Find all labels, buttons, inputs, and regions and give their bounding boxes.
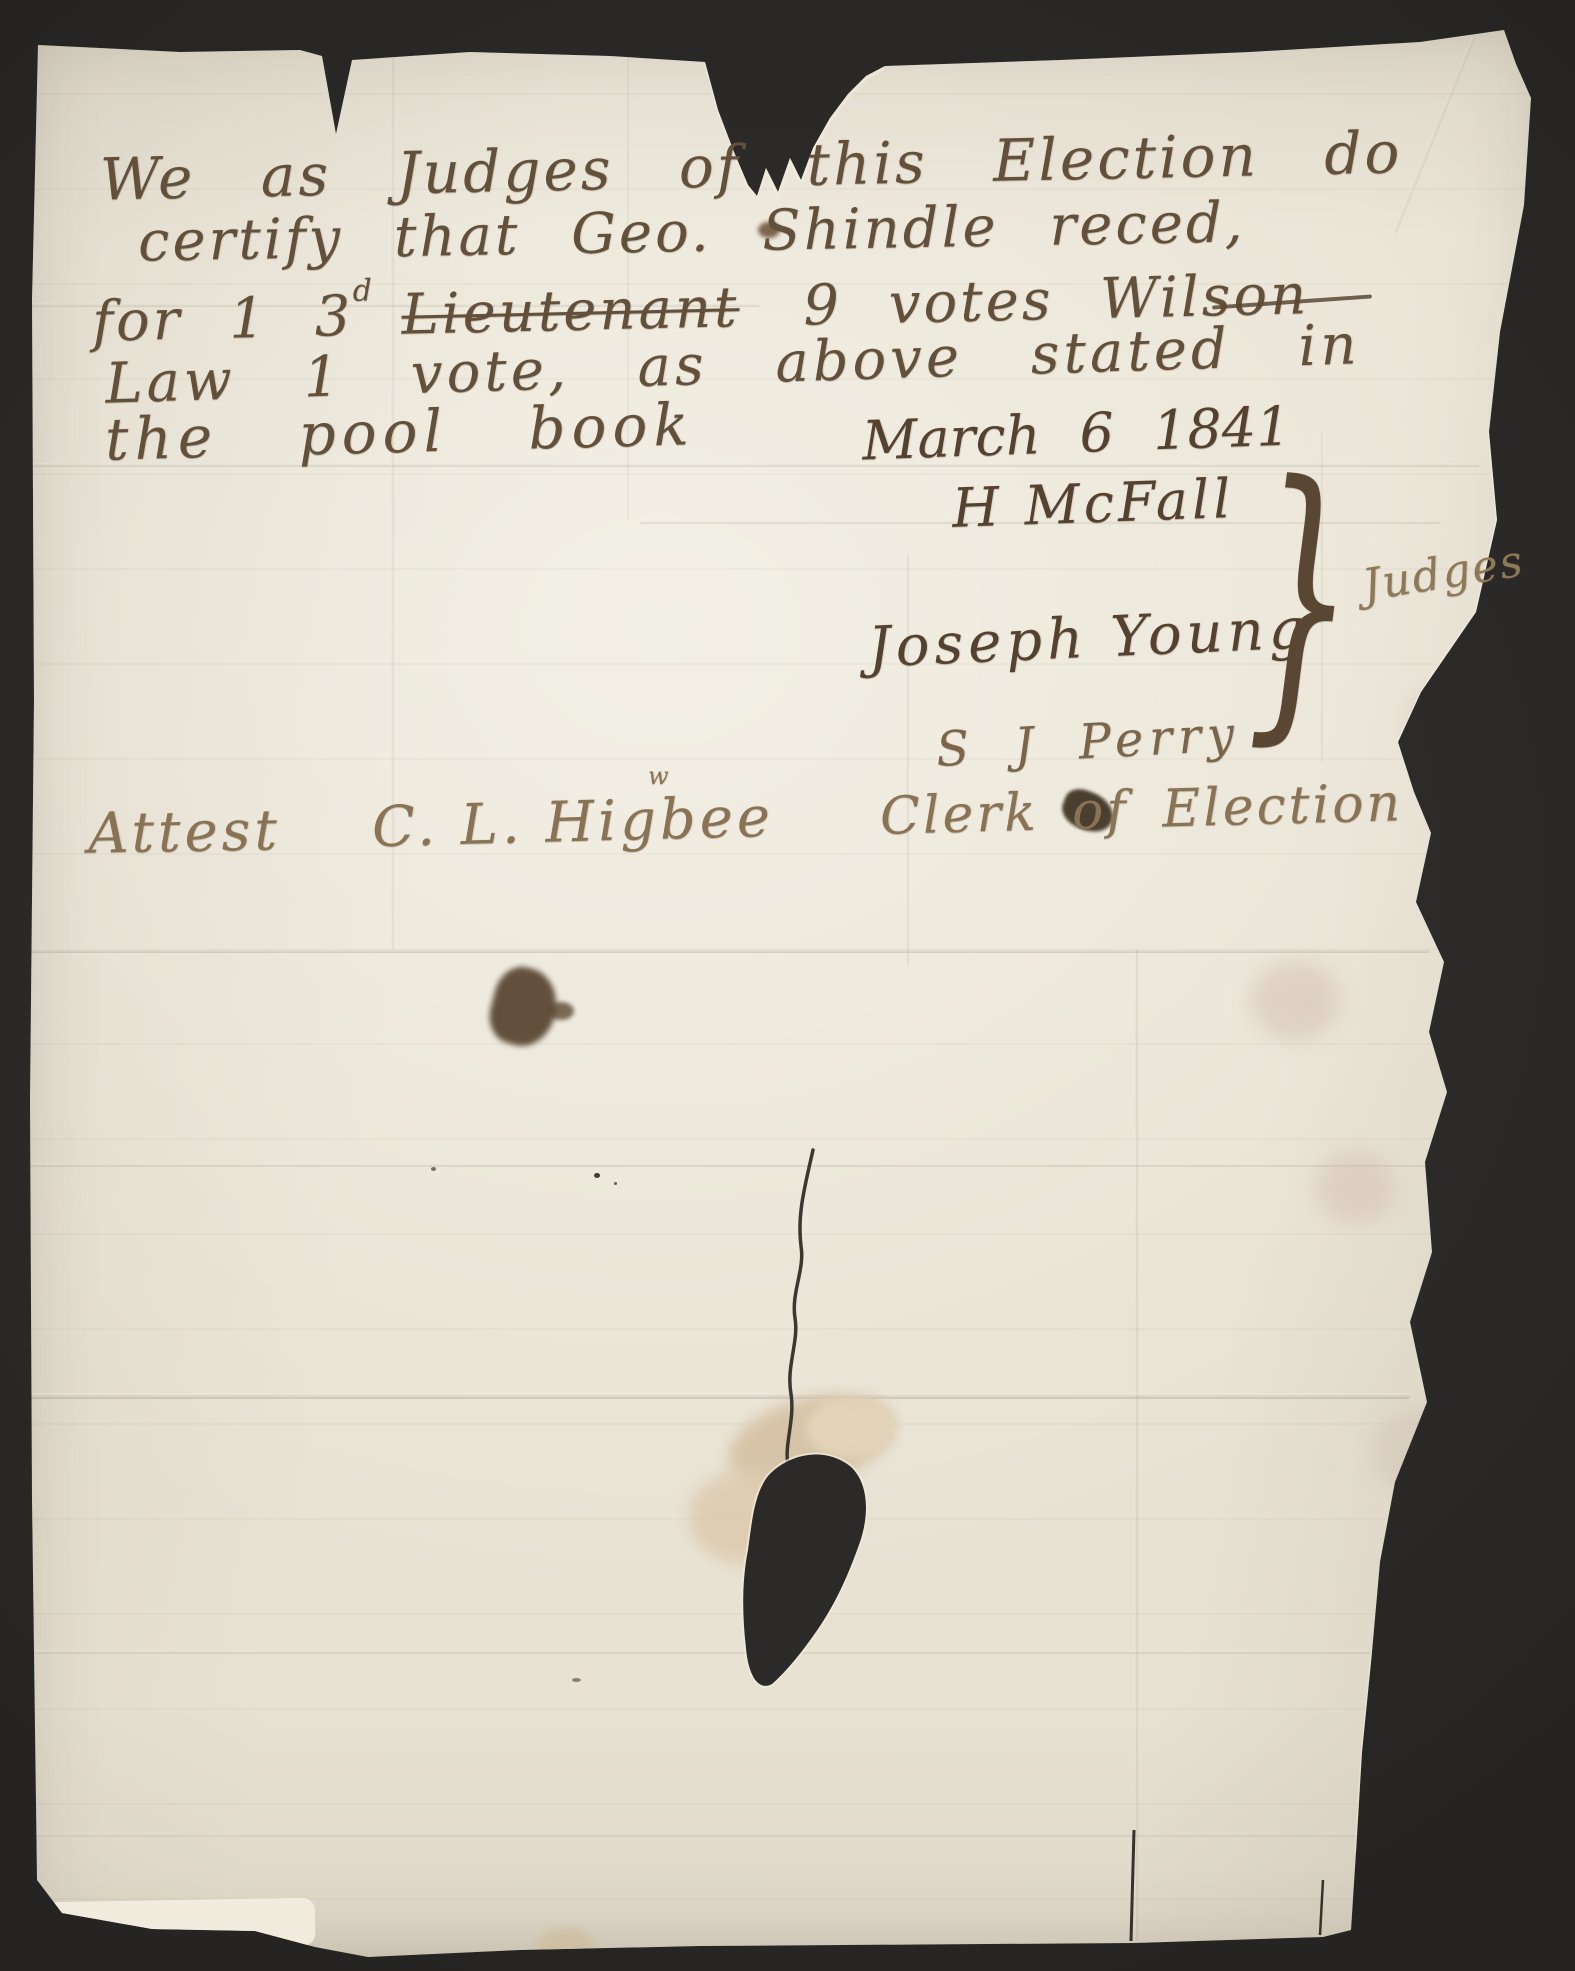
clerk-name: C. L. Higbee bbox=[371, 785, 775, 861]
faint-pink-stain bbox=[1392, 1580, 1472, 1650]
line3-superscript: d bbox=[352, 273, 375, 308]
paper-crack bbox=[776, 1150, 813, 1478]
right-edge-fiber-lower bbox=[1356, 1652, 1372, 1852]
bottom-edge-slit bbox=[1131, 1830, 1134, 1941]
bottom-edge-slit bbox=[1320, 1880, 1323, 1935]
attest-word: Attest bbox=[87, 798, 281, 866]
torn-hole bbox=[743, 1455, 866, 1686]
signature-mcfall: H McFall bbox=[951, 467, 1235, 540]
faint-pink-stain bbox=[1408, 690, 1474, 750]
scan-background: We as Judges of this Election do certify… bbox=[0, 0, 1575, 1971]
judges-brace: } bbox=[1247, 452, 1357, 743]
clerk-name-superscript: w bbox=[648, 762, 669, 790]
